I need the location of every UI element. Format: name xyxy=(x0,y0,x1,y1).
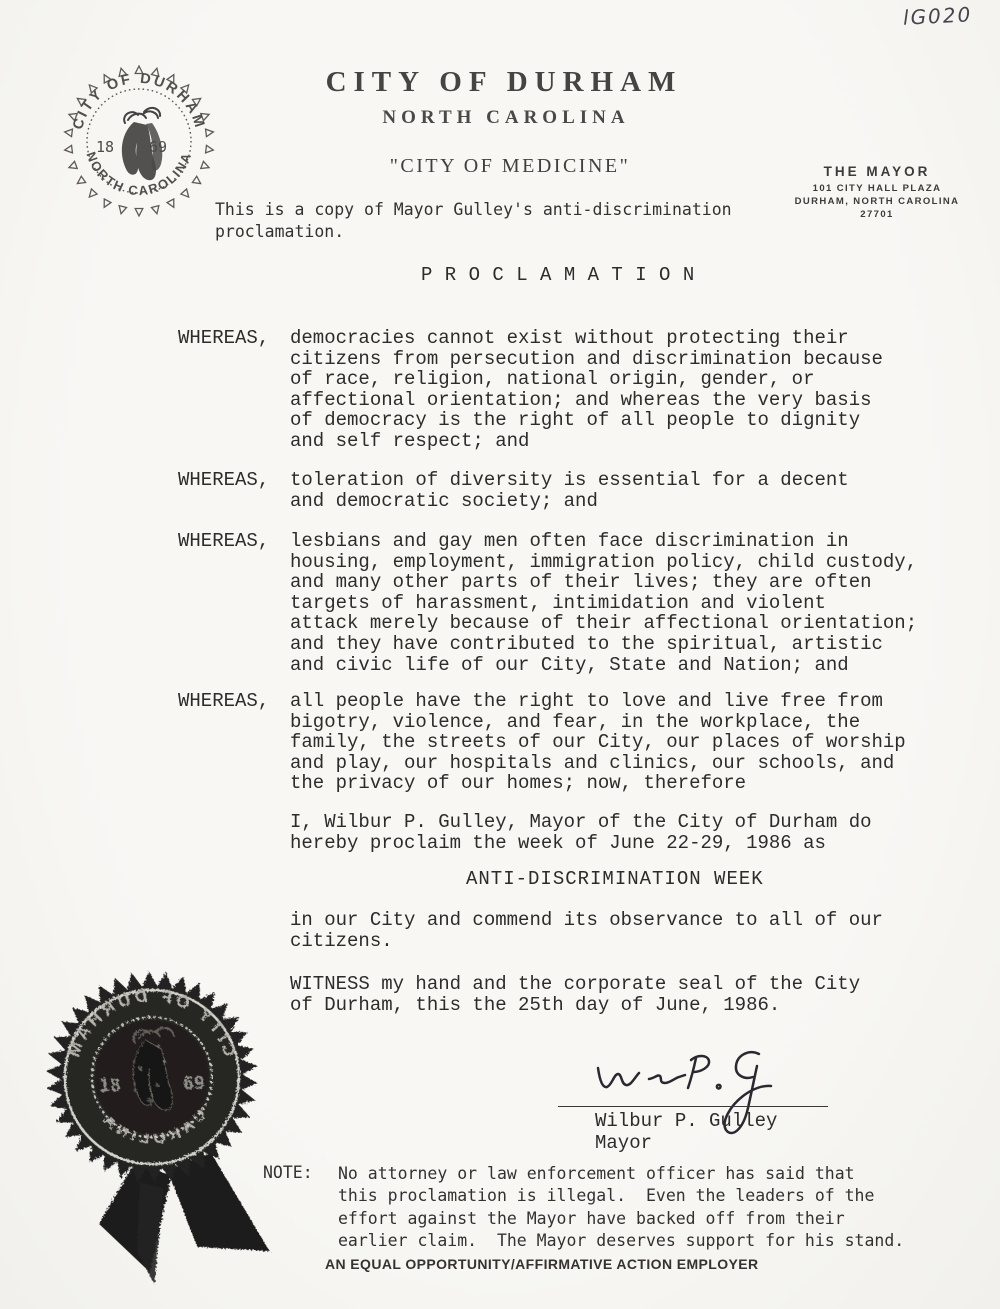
signature-line xyxy=(558,1106,828,1107)
corporate-seal-year-right: 69 xyxy=(183,1073,205,1095)
whereas-label: WHEREAS, xyxy=(178,531,269,552)
mayor-address-line: DURHAM, NORTH CAROLINA xyxy=(772,196,982,207)
corporate-seal-year-left: 18 xyxy=(99,1075,121,1097)
signatory-title: Mayor xyxy=(595,1133,652,1154)
mayor-address-line: 27701 xyxy=(772,209,982,220)
note-text: No attorney or law enforcement officer h… xyxy=(338,1163,904,1252)
whereas-text: lesbians and gay men often face discrimi… xyxy=(290,531,917,675)
mayor-address-block: THE MAYOR 101 CITY HALL PLAZA DURHAM, NO… xyxy=(772,164,982,222)
ribbon-center xyxy=(136,1182,167,1285)
handwritten-code: lG020 xyxy=(902,2,972,30)
whereas-text: all people have the right to love and li… xyxy=(290,691,906,794)
whereas-label: WHEREAS, xyxy=(178,328,269,349)
mayor-address-line: THE MAYOR xyxy=(772,164,982,179)
signatory-name: Wilbur P. Gulley xyxy=(595,1111,777,1132)
closing-text: in our City and commend its observance t… xyxy=(290,910,883,951)
declaration-text: I, Wilbur P. Gulley, Mayor of the City o… xyxy=(290,812,872,853)
letterhead-title: CITY OF DURHAM xyxy=(254,66,754,99)
whereas-text: toleration of diversity is essential for… xyxy=(290,470,849,511)
seal-arc-top-text: CITY OF DURHAM xyxy=(70,71,208,132)
signature-script xyxy=(540,1038,840,1153)
witness-text: WITNESS my hand and the corporate seal o… xyxy=(290,974,860,1015)
ribbon-left xyxy=(97,1162,174,1274)
whereas-label: WHEREAS, xyxy=(178,470,269,491)
caption-text: This is a copy of Mayor Gulley's anti-di… xyxy=(215,199,732,242)
corporate-seal-icon: CITY OF DURHAM CAROLINA 18 69 xyxy=(34,947,283,1293)
week-title: ANTI-DISCRIMINATION WEEK xyxy=(466,869,764,890)
whereas-text: democracies cannot exist without protect… xyxy=(290,328,883,452)
eeo-footer: AN EQUAL OPPORTUNITY/AFFIRMATIVE ACTION … xyxy=(325,1256,759,1272)
mayor-address-line: 101 CITY HALL PLAZA xyxy=(772,183,982,194)
city-seal-icon: CITY OF DURHAM NORTH CAROLINA 18 69 xyxy=(60,62,218,220)
document-page: lG020 CITY OF DURHAM NORTH CAROLINA 18 6… xyxy=(0,0,1000,1309)
seal-year-left: 18 xyxy=(96,138,114,156)
letterhead-motto: "CITY OF MEDICINE" xyxy=(260,155,760,178)
whereas-label: WHEREAS, xyxy=(178,691,269,712)
svg-text:CITY OF DURHAM: CITY OF DURHAM xyxy=(70,71,208,132)
proclamation-heading: P R O C L A M A T I O N xyxy=(421,265,695,286)
letterhead-subtitle: NORTH CAROLINA xyxy=(256,107,756,129)
tobacco-leaf-icon xyxy=(122,108,162,180)
note-label: NOTE: xyxy=(263,1163,313,1182)
